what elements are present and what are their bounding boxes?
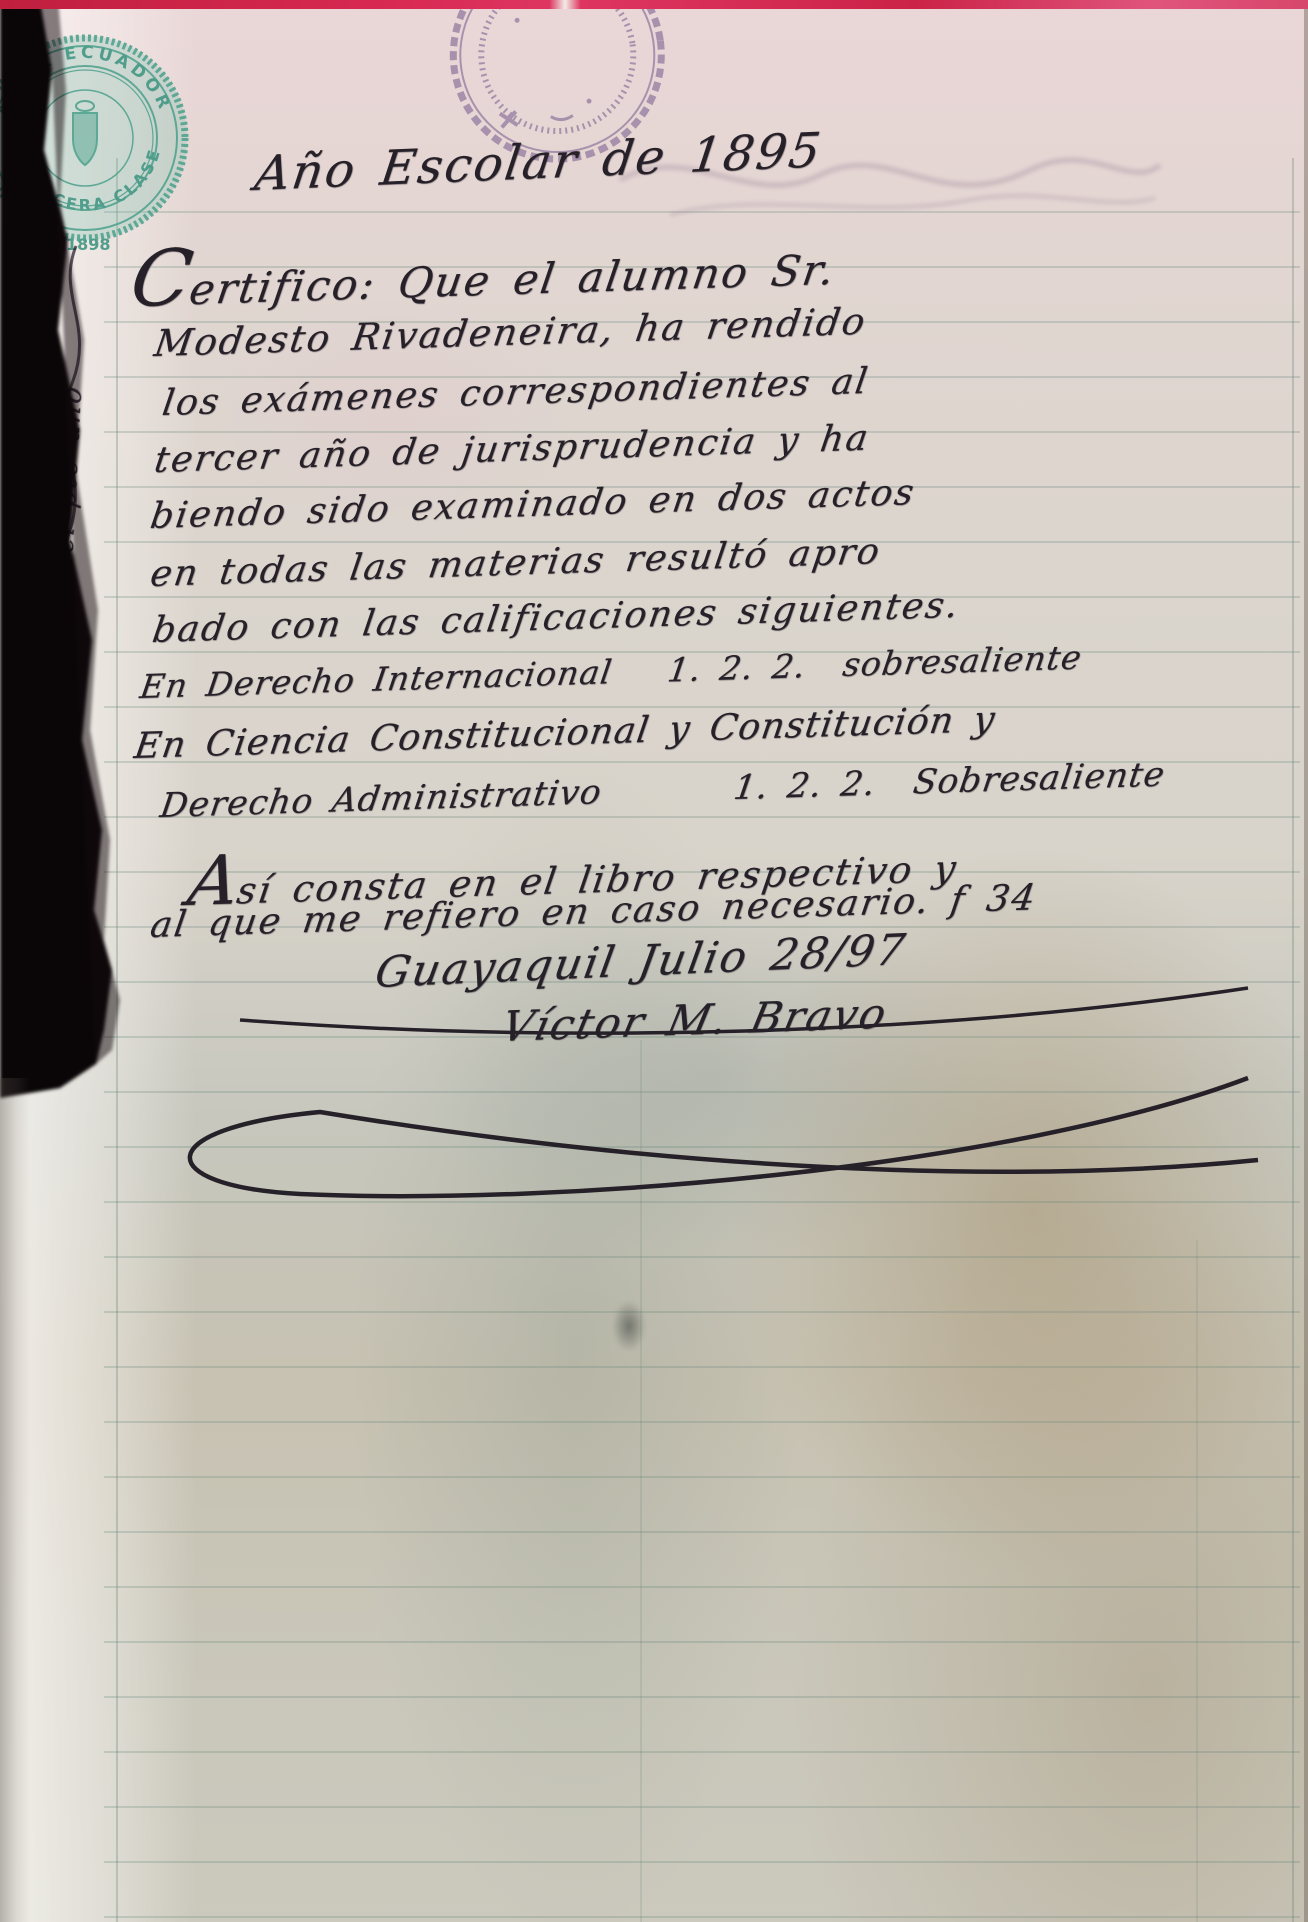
signature-flourish: [0, 0, 1308, 1922]
ink-smudge: [612, 1300, 646, 1352]
scanned-document-page: A DEL ECUADOR TERCERA CLASE 1898 da 8cho…: [0, 0, 1308, 1922]
page-left-edge: [0, 1078, 30, 1922]
red-top-edge: [0, 0, 1308, 9]
page-right-edge: [1304, 0, 1308, 1922]
binding-edge: [0, 0, 140, 1110]
